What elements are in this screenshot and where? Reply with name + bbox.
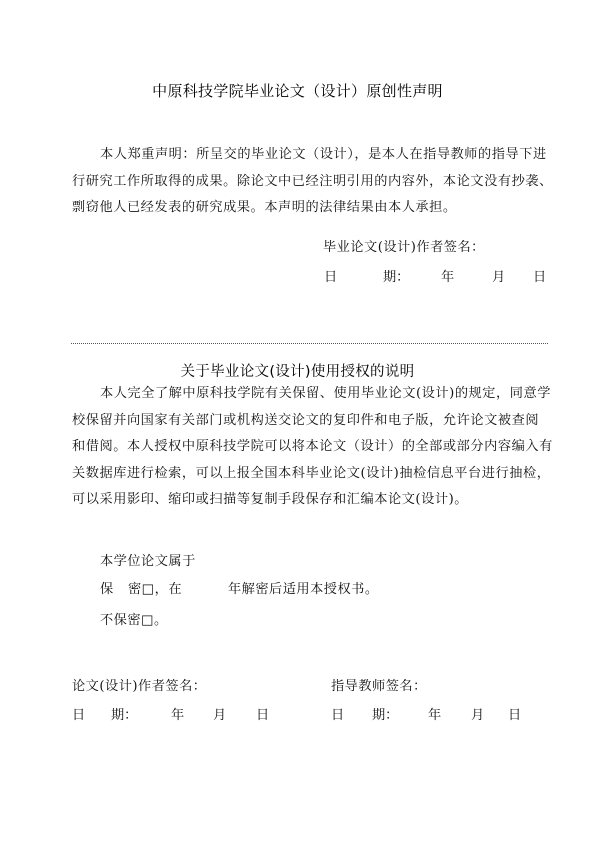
advisor-date-month-label: 月 [471, 704, 484, 723]
secret-checkbox-label[interactable]: 密□，在 [128, 578, 182, 597]
secret-label-a: 保 [100, 578, 114, 597]
author-date-year-label: 年 [171, 704, 184, 723]
document-page: 中原科技学院毕业论文（设计）原创性声明 本人郑重声明：所呈交的毕业论文（设计），… [0, 0, 595, 842]
authorization-line: 关数据库进行检索，可以上报全国本科毕业论文(设计)抽检信息平台进行抽检， [72, 461, 548, 488]
author-date-day-label: 日 [256, 704, 269, 723]
section-divider [71, 343, 548, 344]
declaration-date-row: 日 期： 年 月 日 [0, 266, 595, 286]
declaration-title: 中原科技学院毕业论文（设计）原创性声明 [0, 80, 595, 101]
date-day-char: 日 [324, 266, 337, 285]
authorization-title: 关于毕业论文(设计)使用授权的说明 [0, 360, 595, 381]
thesis-belongs-label: 本学位论文属于 [100, 550, 196, 569]
advisor-date-day-char: 日 [331, 704, 344, 723]
not-secret-checkbox-label[interactable]: 不保密□。 [100, 609, 168, 628]
authorization-line: 本人完全了解中原科技学院有关保留、使用毕业论文(设计)的规定，同意学 [72, 381, 548, 408]
date-month-label: 月 [492, 266, 505, 285]
authorization-line: 和借阅。本人授权中原科技学院可以将本论文（设计）的全部或部分内容编入有 [72, 434, 548, 461]
declaration-line: 本人郑重声明：所呈交的毕业论文（设计），是本人在指导教师的指导下进 [72, 142, 548, 169]
declaration-author-signature-label: 毕业论文(设计)作者签名： [323, 236, 485, 255]
author-date-period-label: 期： [111, 704, 137, 723]
authorization-paragraph: 本人完全了解中原科技学院有关保留、使用毕业论文(设计)的规定，同意学 校保留并向… [72, 381, 548, 514]
date-year-label: 年 [441, 266, 454, 285]
declaration-line: 行研究工作所取得的成果。除论文中已经注明引用的内容外，本论文没有抄袭、 [72, 169, 548, 196]
author-signature-label: 论文(设计)作者签名： [72, 675, 206, 694]
advisor-date-day-label: 日 [508, 704, 521, 723]
date-period-label: 期： [383, 266, 409, 285]
declaration-line: 剽窃他人已经发表的研究成果。本声明的法律结果由本人承担。 [72, 195, 548, 222]
date-day-label: 日 [533, 266, 546, 285]
advisor-signature-label: 指导教师签名： [331, 675, 427, 694]
advisor-date-period-label: 期： [372, 704, 398, 723]
authorization-line: 校保留并向国家有关部门或机构送交论文的复印件和电子版，允许论文被查阅 [72, 408, 548, 435]
advisor-date-year-label: 年 [428, 704, 441, 723]
declaration-paragraph: 本人郑重声明：所呈交的毕业论文（设计），是本人在指导教师的指导下进 行研究工作所… [72, 142, 548, 222]
secret-years-suffix: 年解密后适用本授权书。 [228, 578, 379, 597]
author-date-day-char: 日 [72, 704, 85, 723]
author-date-month-label: 月 [213, 704, 226, 723]
authorization-line: 可以采用影印、缩印或扫描等复制手段保存和汇编本论文(设计)。 [72, 487, 548, 514]
signature-date-row: 日 期： 年 月 日 日 期： 年 月 日 [0, 704, 595, 724]
